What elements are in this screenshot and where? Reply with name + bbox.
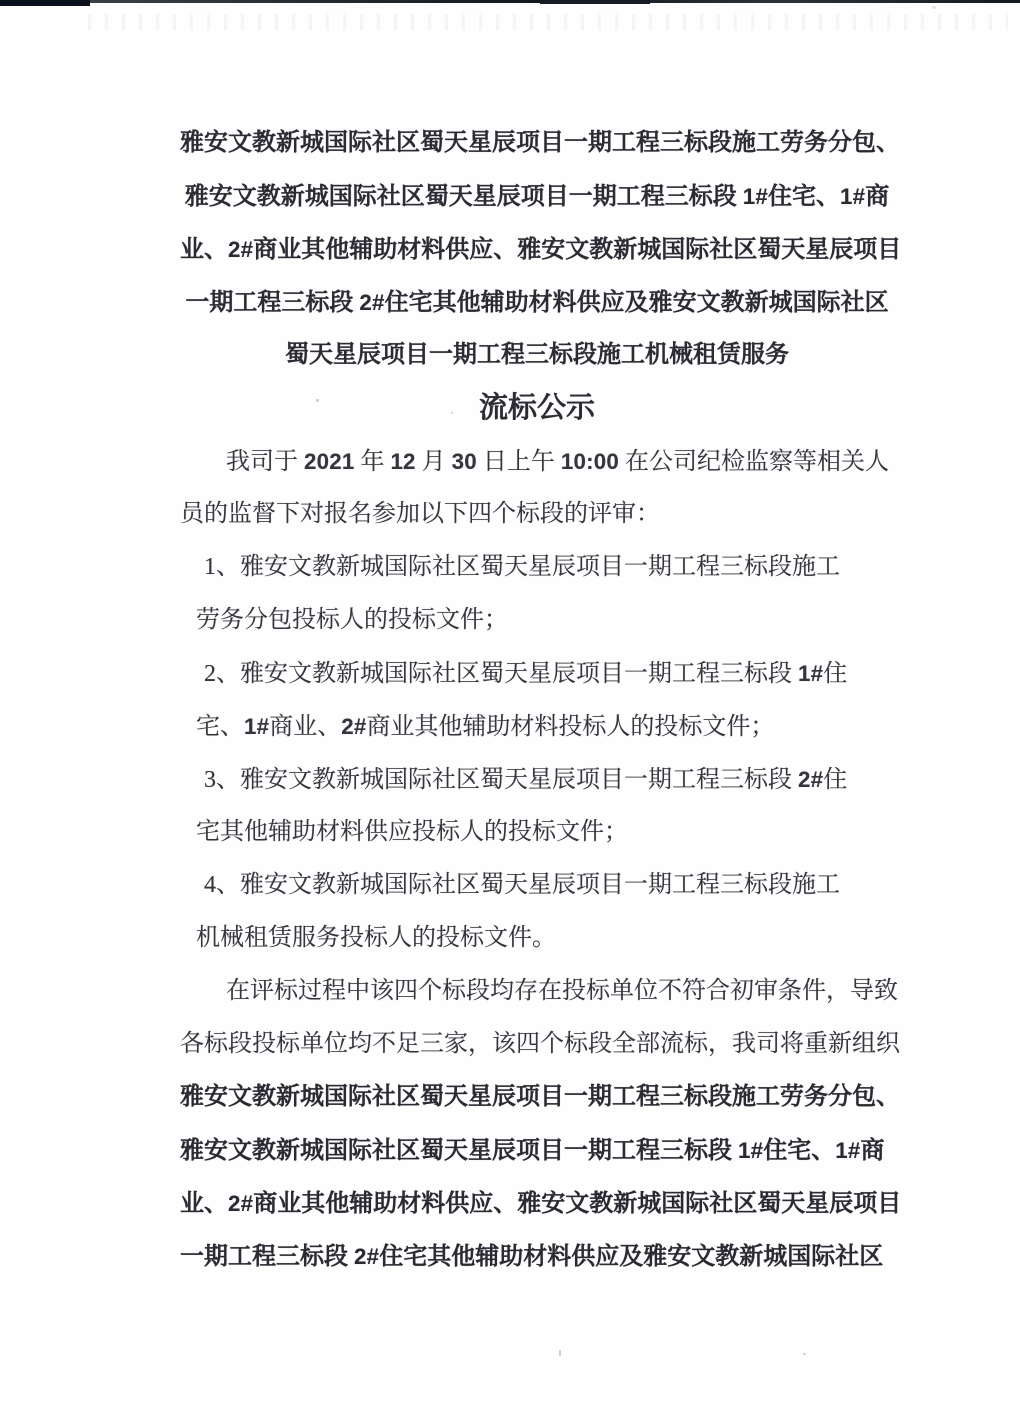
numeric-text: 2021 — [304, 449, 354, 474]
cjk-text: 蜀天星辰项目一期工程三标段施工机械租赁服务 — [285, 342, 789, 368]
cjk-text: 各标段投标单位均不足三家，该四个标段全部流标，我司将重新组织 — [180, 1031, 900, 1057]
cjk-text: 员的监督下对报名参加以下四个标段的评审： — [180, 501, 660, 527]
document-text: 雅安文教新城国际社区蜀天星辰项目一期工程三标段施工劳务分包、雅安文教新城国际社区… — [180, 117, 894, 1283]
cjk-text: 住 — [823, 661, 847, 687]
cjk-text: 业、 — [180, 237, 228, 263]
text-line: 雅安文教新城国际社区蜀天星辰项目一期工程三标段施工劳务分包、 — [180, 117, 894, 170]
text-line: 机械租赁服务投标人的投标文件。 — [180, 912, 894, 965]
cjk-text: 雅安文教新城国际社区蜀天星辰项目一期工程三标段 — [180, 1138, 738, 1164]
cjk-text: 2、雅安文教新城国际社区蜀天星辰项目一期工程三标段 — [204, 661, 798, 687]
text-line: 员的监督下对报名参加以下四个标段的评审： — [180, 488, 894, 541]
text-line: 4、雅安文教新城国际社区蜀天星辰项目一期工程三标段施工 — [180, 859, 894, 912]
cjk-text: 雅安文教新城国际社区蜀天星辰项目一期工程三标段 — [185, 184, 743, 210]
cjk-text: 1、雅安文教新城国际社区蜀天星辰项目一期工程三标段施工 — [204, 554, 840, 580]
scan-ghost-artifact — [88, 14, 1008, 30]
cjk-text: 机械租赁服务投标人的投标文件。 — [196, 925, 556, 951]
cjk-text: 劳务分包投标人的投标文件； — [196, 607, 508, 633]
text-line: 在评标过程中该四个标段均存在投标单位不符合初审条件，导致 — [180, 965, 894, 1018]
numeric-text: 1# — [835, 1138, 860, 1163]
numeric-text: 1# — [743, 184, 768, 209]
cjk-text: 雅安文教新城国际社区蜀天星辰项目一期工程三标段施工劳务分包、 — [180, 130, 900, 156]
text-line: 蜀天星辰项目一期工程三标段施工机械租赁服务 — [180, 329, 894, 382]
cjk-text: 3、雅安文教新城国际社区蜀天星辰项目一期工程三标段 — [204, 767, 798, 793]
text-line: 宅、1#商业、2#商业其他辅助材料投标人的投标文件； — [180, 700, 894, 753]
cjk-text: 住宅其他辅助材料供应及雅安文教新城国际社区 — [379, 1244, 883, 1270]
cjk-text: 雅安文教新城国际社区蜀天星辰项目一期工程三标段施工劳务分包、 — [180, 1084, 900, 1110]
text-line: 我司于 2021 年 12 月 30 日上午 10:00 在公司纪检监察等相关人 — [180, 435, 894, 488]
cjk-text: 商 — [860, 1138, 884, 1164]
cjk-text: 我司于 — [226, 449, 304, 475]
text-line: 2、雅安文教新城国际社区蜀天星辰项目一期工程三标段 1#住 — [180, 647, 894, 700]
numeric-text: 2# — [354, 1244, 379, 1269]
numeric-text: 1# — [244, 714, 269, 739]
numeric-text: 30 — [452, 449, 477, 474]
scanned-document-page: 雅安文教新城国际社区蜀天星辰项目一期工程三标段施工劳务分包、雅安文教新城国际社区… — [0, 0, 1020, 1403]
cjk-text: 业、 — [180, 1191, 228, 1217]
text-line: 宅其他辅助材料供应投标人的投标文件； — [180, 806, 894, 859]
text-line: 一期工程三标段 2#住宅其他辅助材料供应及雅安文教新城国际社区 — [180, 1230, 894, 1283]
cjk-text: 商业其他辅助材料投标人的投标文件； — [366, 714, 774, 740]
cjk-text: 在评标过程中该四个标段均存在投标单位不符合初审条件，导致 — [226, 978, 898, 1004]
cjk-text: 商 — [865, 184, 889, 210]
numeric-text: 2# — [798, 767, 823, 792]
text-line: 各标段投标单位均不足三家，该四个标段全部流标，我司将重新组织 — [180, 1018, 894, 1071]
cjk-text: 住宅、 — [763, 1138, 835, 1164]
text-line: 3、雅安文教新城国际社区蜀天星辰项目一期工程三标段 2#住 — [180, 753, 894, 806]
cjk-text: 商业、 — [269, 714, 341, 740]
scan-edge-artifact — [0, 0, 1020, 3]
numeric-text: 2# — [228, 1191, 253, 1216]
numeric-text: 10:00 — [561, 449, 619, 474]
numeric-text: 1# — [738, 1138, 763, 1163]
text-line: 雅安文教新城国际社区蜀天星辰项目一期工程三标段 1#住宅、1#商 — [180, 1124, 894, 1177]
text-line: 雅安文教新城国际社区蜀天星辰项目一期工程三标段施工劳务分包、 — [180, 1071, 894, 1124]
text-line: 1、雅安文教新城国际社区蜀天星辰项目一期工程三标段施工 — [180, 541, 894, 594]
text-line: 雅安文教新城国际社区蜀天星辰项目一期工程三标段 1#住宅、1#商 — [180, 170, 894, 223]
cjk-text: 一期工程三标段 — [185, 290, 359, 316]
cjk-text: 住宅、 — [768, 184, 840, 210]
scan-speck — [559, 1350, 561, 1356]
text-line: 劳务分包投标人的投标文件； — [180, 594, 894, 647]
cjk-text: 一期工程三标段 — [180, 1244, 354, 1270]
text-line: 业、2#商业其他辅助材料供应、雅安文教新城国际社区蜀天星辰项目 — [180, 223, 894, 276]
text-line: 一期工程三标段 2#住宅其他辅助材料供应及雅安文教新城国际社区 — [180, 276, 894, 329]
cjk-text: 宅、 — [196, 714, 244, 740]
numeric-text: 1# — [798, 661, 823, 686]
numeric-text: 2# — [341, 714, 366, 739]
numeric-text: 2# — [359, 290, 384, 315]
cjk-text: 住 — [823, 767, 847, 793]
cjk-text: 流标公示 — [479, 392, 595, 424]
cjk-text: 商业其他辅助材料供应、雅安文教新城国际社区蜀天星辰项目 — [253, 237, 901, 263]
cjk-text: 月 — [416, 449, 452, 475]
text-line: 业、2#商业其他辅助材料供应、雅安文教新城国际社区蜀天星辰项目 — [180, 1177, 894, 1230]
cjk-text: 年 — [354, 449, 390, 475]
cjk-text: 在公司纪检监察等相关人 — [619, 449, 889, 475]
cjk-text: 宅其他辅助材料供应投标人的投标文件； — [196, 819, 628, 845]
scan-speck — [932, 6, 936, 9]
cjk-text: 商业其他辅助材料供应、雅安文教新城国际社区蜀天星辰项目 — [253, 1191, 901, 1217]
cjk-text: 4、雅安文教新城国际社区蜀天星辰项目一期工程三标段施工 — [204, 872, 840, 898]
numeric-text: 12 — [390, 449, 415, 474]
numeric-text: 1# — [840, 184, 865, 209]
cjk-text: 日上午 — [477, 449, 561, 475]
text-line: 流标公示 — [180, 382, 894, 435]
cjk-text: 住宅其他辅助材料供应及雅安文教新城国际社区 — [385, 290, 889, 316]
scan-speck — [803, 1353, 806, 1355]
numeric-text: 2# — [228, 237, 253, 262]
